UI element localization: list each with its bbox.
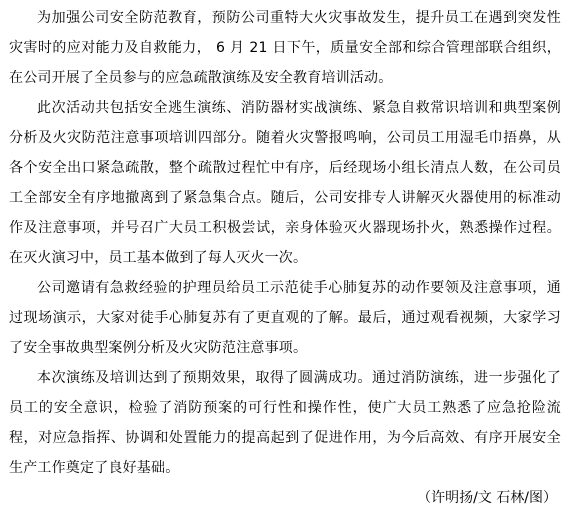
paragraph-conclusion: 本次演练及培训达到了预期效果，取得了圆满成功。通过消防演练，进一步强化了员工的安…: [9, 363, 561, 483]
paragraph-activities: 此次活动共包括安全逃生演练、消防器材实战演练、紧急自救常识培训和典型案例分析及火…: [9, 93, 561, 273]
author-byline: （许明扬/文 石林/图）: [9, 483, 561, 513]
article-body: 为加强公司安全防范教育，预防公司重特大火灾事故发生，提升员工在遇到突发性灾害时的…: [0, 0, 570, 513]
paragraph-cpr-training: 公司邀请有急救经验的护理员给员工示范徒手心肺复苏的动作要领及注意事项，通过现场演…: [9, 273, 561, 363]
paragraph-intro: 为加强公司安全防范教育，预防公司重特大火灾事故发生，提升员工在遇到突发性灾害时的…: [9, 3, 561, 93]
